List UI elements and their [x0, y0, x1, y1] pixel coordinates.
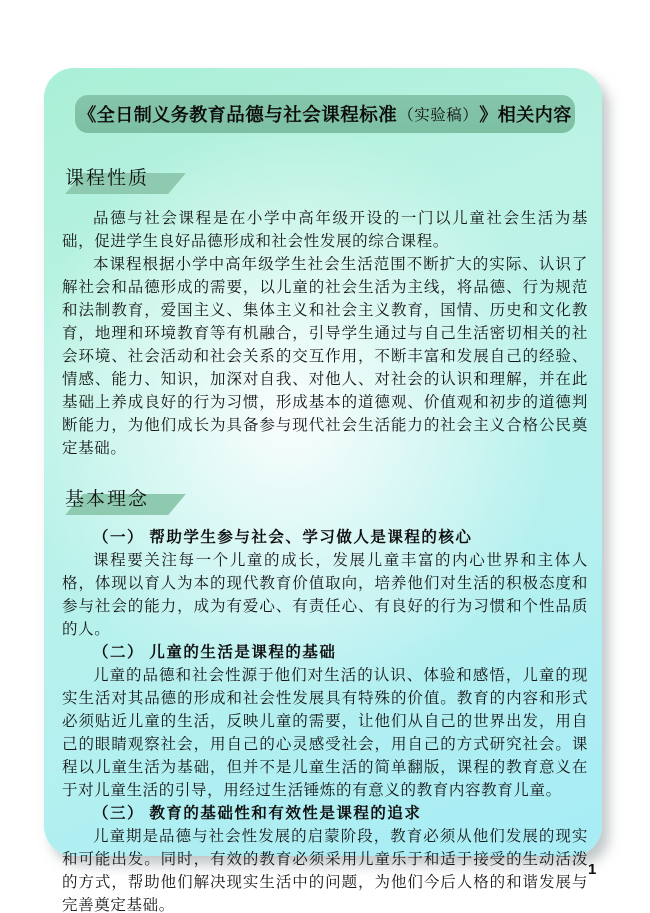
- paragraph: 本课程根据小学中高年级学生社会生活范围不断扩大的实际、认识了解社会和品德形成的需…: [62, 253, 588, 460]
- section-label-text: 基本理念: [65, 484, 149, 511]
- title-prefix: 《全日制义务教育: [78, 101, 226, 127]
- title-suffix: 》相关内容: [479, 101, 572, 127]
- section-label-course-nature: 课程性质: [62, 163, 202, 193]
- title-emphasis: 品德与社会课程标准: [226, 101, 397, 127]
- paragraph: 课程要关注每一个儿童的成长，发展儿童丰富的内心世界和主体人格，体现以育人为本的现…: [62, 549, 588, 641]
- document-title-bar: 《全日制义务教育品德与社会课程标准（实验稿）》相关内容: [75, 95, 575, 133]
- paragraph: 儿童期是品德与社会性发展的启蒙阶段，教育必须从他们发展的现实和可能出发。同时，有…: [62, 825, 588, 913]
- page: 《全日制义务教育品德与社会课程标准（实验稿）》相关内容 课程性质 品德与社会课程…: [0, 0, 650, 913]
- subsection-heading: （一） 帮助学生参与社会、学习做人是课程的核心: [62, 526, 588, 549]
- subsection-heading: （二） 儿童的生活是课程的基础: [62, 641, 588, 664]
- paragraph: 品德与社会课程是在小学中高年级开设的一门以儿童社会生活为基础，促进学生良好品德形…: [62, 207, 588, 253]
- subsection-heading: （三） 教育的基础性和有效性是课程的追求: [62, 802, 588, 825]
- section-label-text: 课程性质: [65, 163, 149, 190]
- page-number: 1: [588, 861, 596, 878]
- content-panel: 《全日制义务教育品德与社会课程标准（实验稿）》相关内容 课程性质 品德与社会课程…: [44, 68, 602, 856]
- paragraph: 儿童的品德和社会性源于他们对生活的认识、体验和感悟，儿童的现实生活对其品德的形成…: [62, 664, 588, 802]
- section-label-basic-concepts: 基本理念: [62, 484, 202, 514]
- title-note: （实验稿）: [398, 103, 478, 125]
- page-content: 课程性质 品德与社会课程是在小学中高年级开设的一门以儿童社会生活为基础，促进学生…: [62, 163, 588, 913]
